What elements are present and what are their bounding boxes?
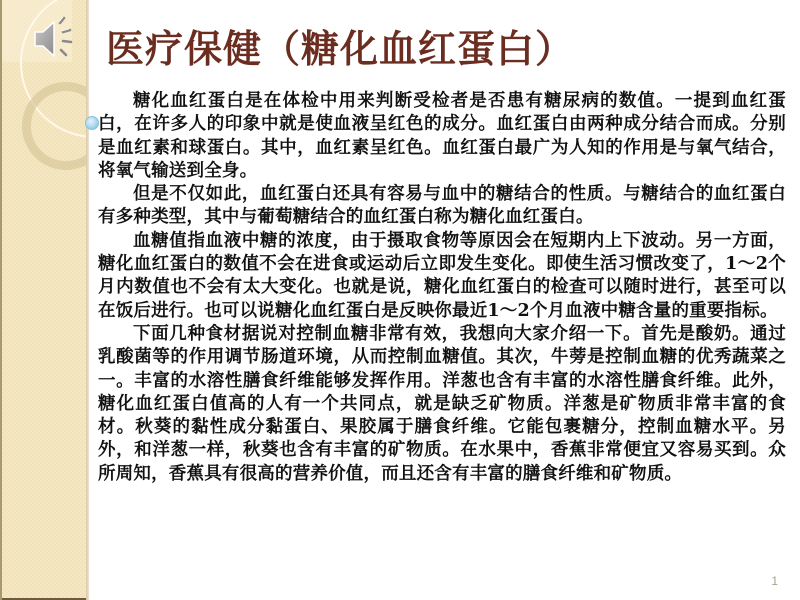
speaker-icon[interactable] <box>30 14 80 64</box>
paragraph-foods: 下面几种食材据说对控制血糖非常有效，我想向大家介绍一下。首先是酸奶。通过乳酸菌等… <box>98 323 786 486</box>
bullet-dot <box>85 116 99 130</box>
sidebar-edge <box>86 0 89 600</box>
paragraph-blood-sugar: 血糖值指血液中糖的浓度，由于摄取食物等原因会在短期内上下波动。另一方面，糖化血红… <box>98 230 786 323</box>
decorative-sidebar <box>0 0 88 600</box>
slide-body: 糖化血红蛋白是在体检中用来判断受检者是否患有糖尿病的数值。一提到血红蛋白，在许多… <box>98 90 786 486</box>
page-number: 1 <box>771 574 778 588</box>
paragraph-glucose-binding: 但是不仅如此，血红蛋白还具有容易与血中的糖结合的性质。与糖结合的血红蛋白有多种类… <box>98 183 786 230</box>
slide: 医疗保健（糖化血红蛋白） 糖化血红蛋白是在体检中用来判断受检者是否患有糖尿病的数… <box>0 0 800 600</box>
slide-title: 医疗保健（糖化血红蛋白） <box>106 18 574 73</box>
paragraph-hba1c-definition: 糖化血红蛋白是在体检中用来判断受检者是否患有糖尿病的数值。一提到血红蛋白，在许多… <box>98 90 786 183</box>
